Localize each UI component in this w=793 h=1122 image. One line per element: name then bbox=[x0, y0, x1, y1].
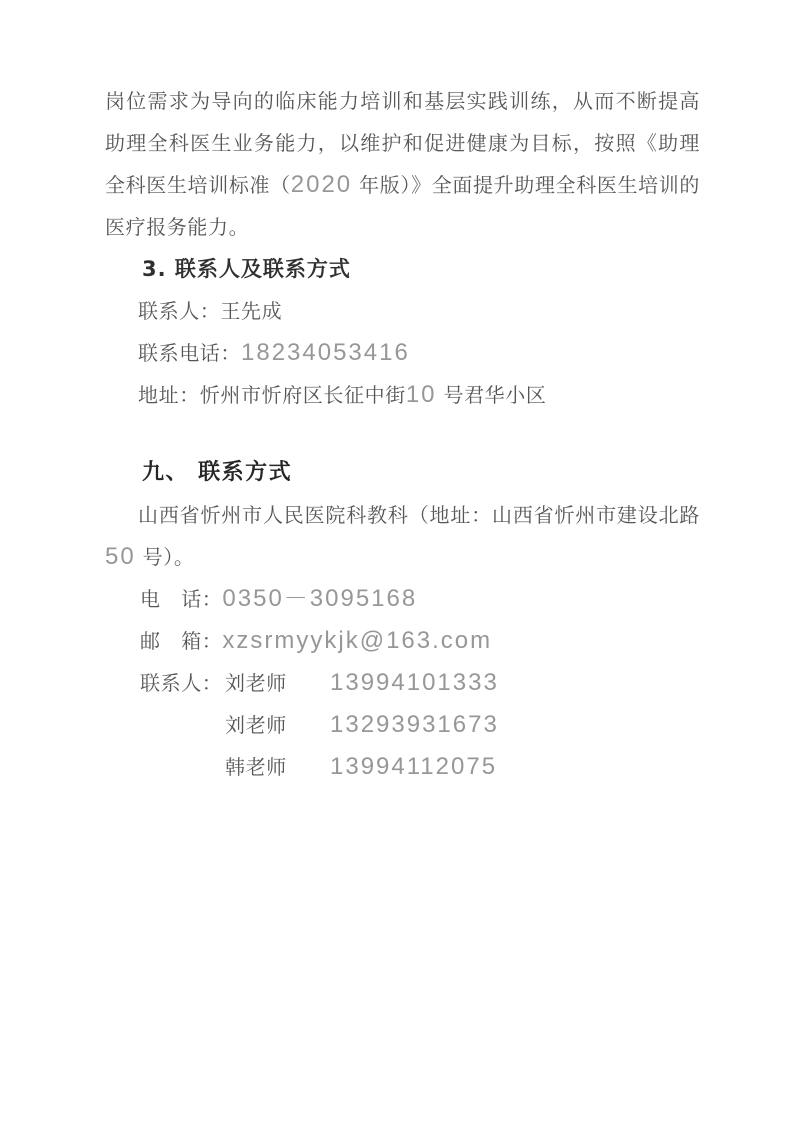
blank-line bbox=[105, 416, 700, 452]
section9-intro-post: 号）。 bbox=[136, 545, 195, 569]
section9-email-value: xzsrmyykjk@163.com bbox=[222, 627, 492, 654]
section3-contact-label: 联系人： bbox=[138, 299, 220, 323]
contact-phone: 13994101333 bbox=[330, 662, 499, 704]
contact-row: 韩老师 13994112075 bbox=[105, 746, 700, 788]
section9-email-line: 邮 箱：xzsrmyykjk@163.com bbox=[105, 620, 700, 662]
contact-row: 联系人： 刘老师 13994101333 bbox=[105, 662, 700, 704]
section9-intro-paragraph: 山西省忻州市人民医院科教科（地址：山西省忻州市建设北路 50 号）。 bbox=[105, 494, 700, 578]
section9-email-label: 邮 箱： bbox=[140, 629, 222, 653]
section9-intro-number: 50 bbox=[105, 543, 136, 570]
section9-intro-pre: 山西省忻州市人民医院科教科（地址：山西省忻州市建设北路 bbox=[138, 503, 700, 527]
contact-row: 刘老师 13293931673 bbox=[105, 704, 700, 746]
section9-phone-value: 0350－3095168 bbox=[222, 585, 417, 612]
intro-paragraph: 岗位需求为导向的临床能力培训和基层实践训练，从而不断提高助理全科医生业务能力，以… bbox=[105, 80, 700, 248]
section3-address-label: 地址： bbox=[138, 383, 200, 407]
section3-contact-value: 王先成 bbox=[220, 299, 282, 323]
section9-heading: 九、 联系方式 bbox=[105, 452, 700, 494]
section3-contact-line: 联系人：王先成 bbox=[105, 290, 700, 332]
contacts-label: 联系人： bbox=[140, 662, 225, 704]
contact-name: 刘老师 bbox=[225, 704, 330, 746]
contact-name: 韩老师 bbox=[225, 746, 330, 788]
section3-phone-value: 18234053416 bbox=[241, 339, 410, 366]
section9-phone-label: 电 话： bbox=[140, 587, 222, 611]
document-page: 岗位需求为导向的临床能力培训和基层实践训练，从而不断提高助理全科医生业务能力，以… bbox=[0, 0, 793, 1122]
section3-address-post: 号君华小区 bbox=[437, 383, 547, 407]
section9-phone-line: 电 话：0350－3095168 bbox=[105, 578, 700, 620]
section3-heading: 3. 联系人及联系方式 bbox=[105, 248, 700, 290]
contact-phone: 13293931673 bbox=[330, 704, 499, 746]
section3-address-line: 地址：忻州市忻府区长征中街10 号君华小区 bbox=[105, 374, 700, 416]
contact-phone: 13994112075 bbox=[330, 746, 497, 788]
contact-name: 刘老师 bbox=[225, 662, 330, 704]
section3-address-number: 10 bbox=[406, 381, 437, 408]
section3-phone-line: 联系电话：18234053416 bbox=[105, 332, 700, 374]
intro-paragraph-year-number: 2020 bbox=[291, 171, 352, 198]
section3-address-pre: 忻州市忻府区长征中街 bbox=[200, 383, 406, 407]
section3-phone-label: 联系电话： bbox=[138, 341, 241, 365]
page-content: 岗位需求为导向的临床能力培训和基层实践训练，从而不断提高助理全科医生业务能力，以… bbox=[0, 0, 793, 788]
